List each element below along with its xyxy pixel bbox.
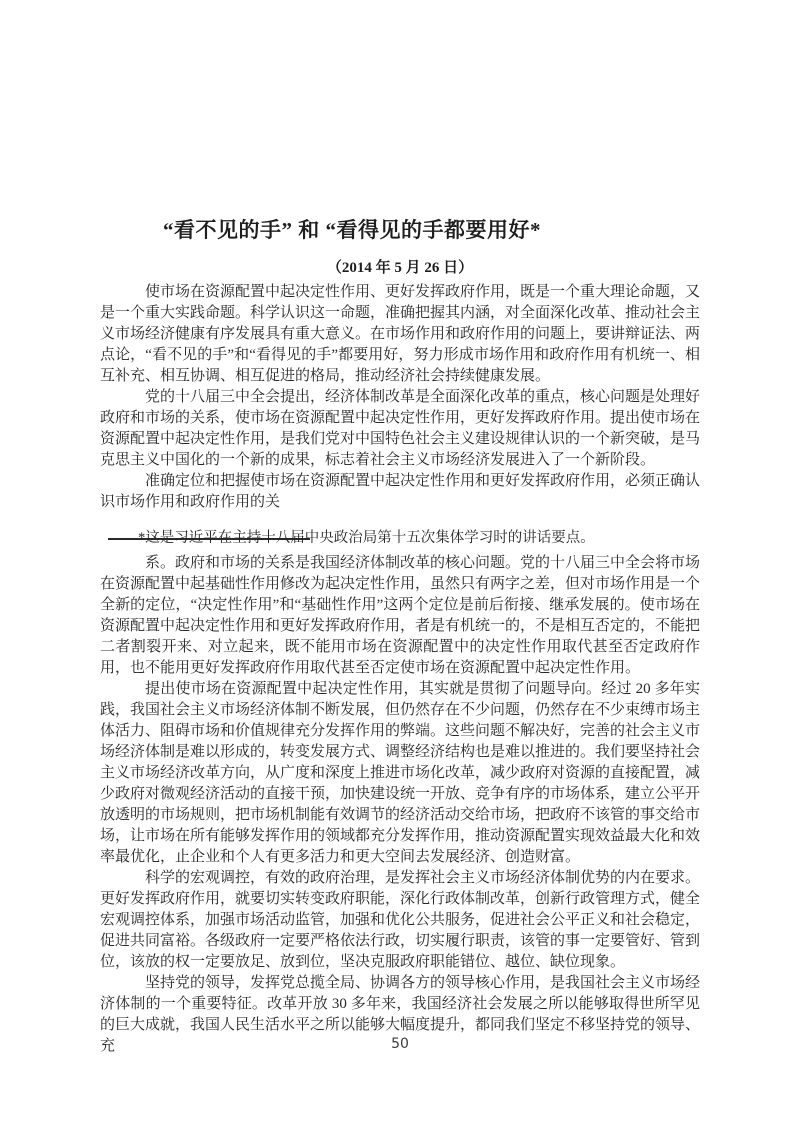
paragraph: 党的十八届三中全会提出，经济体制改革是全面深化改革的重点，核心问题是处理好政府和… [100,387,700,471]
paragraph: 使市场在资源配置中起决定性作用、更好发挥政府作用，既是一个重大理论命题，又是一个… [100,282,700,387]
document-page: “看不见的手” 和 “看得见的手都要用好* （2014 年 5 月 26 日） … [0,0,800,1131]
paragraph: 科学的宏观调控，有效的政府治理，是发挥社会主义市场经济体制优势的内在要求。更好发… [100,868,700,973]
speech-date: （2014 年 5 月 26 日） [100,256,700,277]
paragraph: 提出使市场在资源配置中起决定性作用，其实就是贯彻了问题导向。经过 20 多年实践… [100,679,700,868]
paragraph: 系。政府和市场的关系是我国经济体制改革的核心问题。党的十八届三中全会将市场在资源… [100,553,700,679]
page-title: “看不见的手” 和 “看得见的手都要用好* [163,214,541,244]
paragraph: 准确定位和把握使市场在资源配置中起决定性作用和更好发挥政府作用，必须正确认识市场… [100,471,700,513]
page-number: 50 [0,1036,800,1052]
footnote: *这是习近平在主持十八届中央政治局第十五次集体学习时的讲话要点。 [100,528,700,549]
body-text-upper: 使市场在资源配置中起决定性作用、更好发挥政府作用，既是一个重大理论命题，又是一个… [100,282,700,513]
footnote-text: *这是习近平在主持十八届中央政治局第十五次集体学习时的讲话要点。 [138,528,595,549]
body-text-lower: 系。政府和市场的关系是我国经济体制改革的核心问题。党的十八届三中全会将市场在资源… [100,553,700,1057]
